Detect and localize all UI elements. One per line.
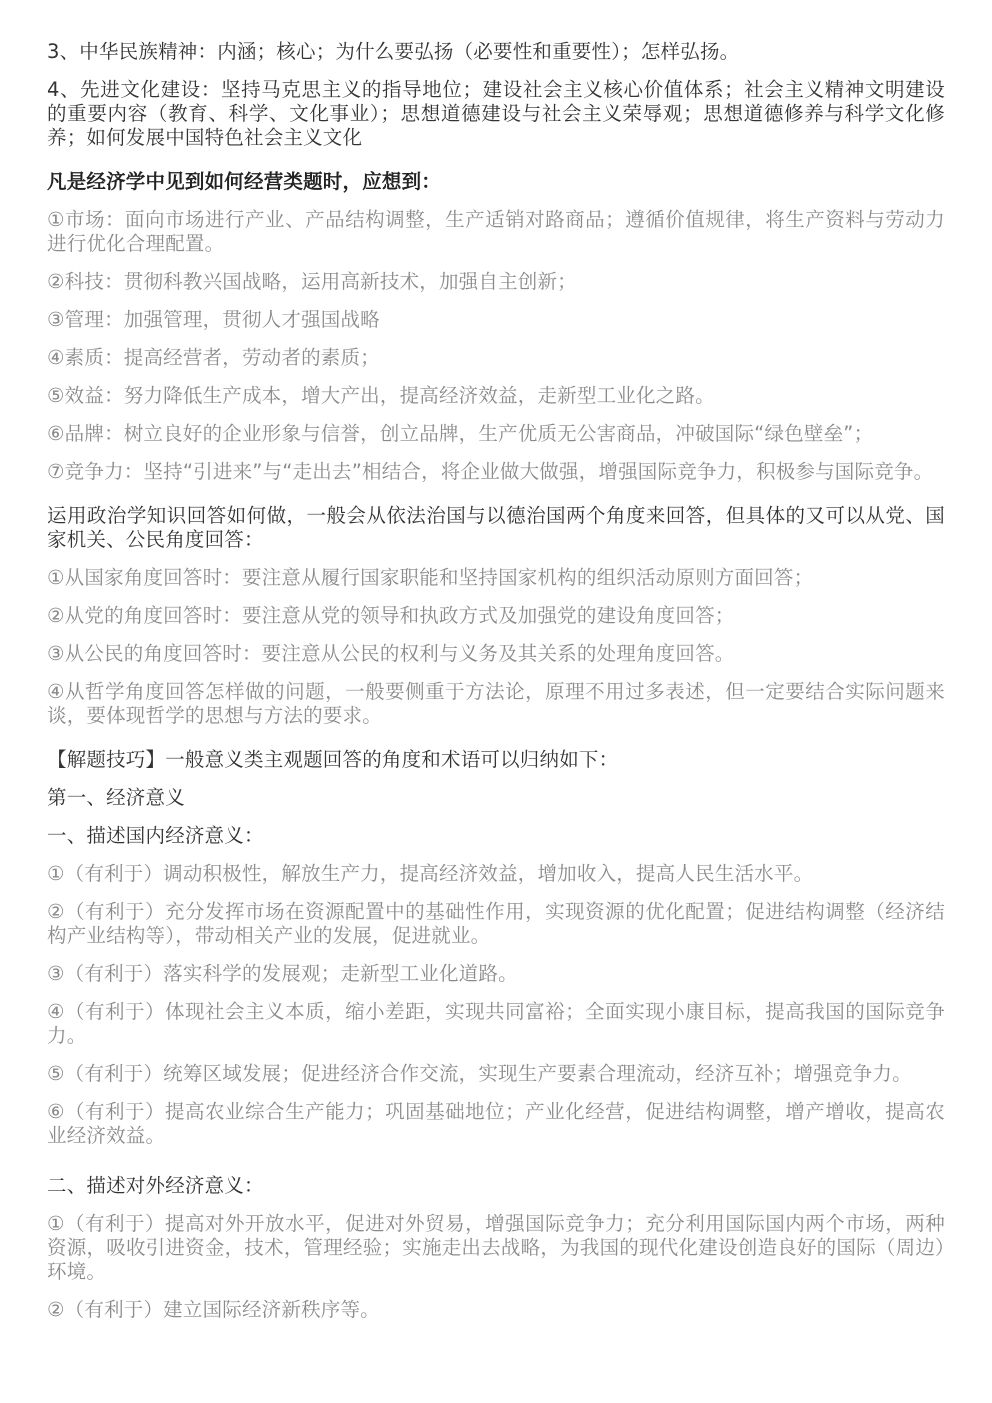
point-efficiency: ⑤效益：努力降低生产成本，增大产出，提高经济效益，走新型工业化之路。 — [47, 384, 945, 408]
point-brand: ⑥品牌：树立良好的企业形象与信誉，创立品牌，生产优质无公害商品，冲破国际“绿色壁… — [47, 422, 945, 446]
politics-point-citizen: ③从公民的角度回答时：要注意从公民的权利与义务及其关系的处理角度回答。 — [47, 642, 945, 666]
domestic-point-2: ②（有利于）充分发挥市场在资源配置中的基础性作用，实现资源的优化配置；促进结构调… — [47, 900, 945, 948]
foreign-point-2: ②（有利于）建立国际经济新秩序等。 — [47, 1298, 945, 1322]
point-competitiveness: ⑦竞争力：坚持“引进来”与“走出去”相结合，将企业做大做强，增强国际竞争力，积极… — [47, 460, 945, 484]
domestic-point-4: ④（有利于）体现社会主义本质，缩小差距，实现共同富裕；全面实现小康目标，提高我国… — [47, 1000, 945, 1048]
item-advanced-culture: 4、先进文化建设：坚持马克思主义的指导地位；建设社会主义核心价值体系；社会主义精… — [47, 78, 945, 150]
domestic-point-3: ③（有利于）落实科学的发展观；走新型工业化道路。 — [47, 962, 945, 986]
domestic-point-6: ⑥（有利于）提高农业综合生产能力；巩固基础地位；产业化经营，促进结构调整，增产增… — [47, 1100, 945, 1148]
section-heading-economics: 凡是经济学中见到如何经营类题时，应想到： — [47, 170, 945, 194]
point-management: ③管理：加强管理，贯彻人才强国战略 — [47, 308, 945, 332]
subsection-foreign: 二、描述对外经济意义： — [47, 1174, 945, 1198]
tips-heading: 【解题技巧】一般意义类主观题回答的角度和术语可以归纳如下： — [47, 748, 945, 772]
point-quality: ④素质：提高经营者，劳动者的素质； — [47, 346, 945, 370]
politics-point-philosophy: ④从哲学角度回答怎样做的问题，一般要侧重于方法论，原理不用过多表述，但一定要结合… — [47, 680, 945, 728]
politics-point-party: ②从党的角度回答时：要注意从党的领导和执政方式及加强党的建设角度回答； — [47, 604, 945, 628]
item-national-spirit: 3、中华民族精神：内涵；核心；为什么要弘扬（必要性和重要性）；怎样弘扬。 — [47, 40, 945, 64]
politics-intro: 运用政治学知识回答如何做，一般会从依法治国与以德治国两个角度来回答，但具体的又可… — [47, 504, 945, 552]
point-technology: ②科技：贯彻科教兴国战略，运用高新技术，加强自主创新； — [47, 270, 945, 294]
subsection-domestic: 一、描述国内经济意义： — [47, 824, 945, 848]
point-market: ①市场：面向市场进行产业、产品结构调整，生产适销对路商品；遵循价值规律，将生产资… — [47, 208, 945, 256]
section-economic-significance: 第一、经济意义 — [47, 786, 945, 810]
politics-point-state: ①从国家角度回答时：要注意从履行国家职能和坚持国家机构的组织活动原则方面回答； — [47, 566, 945, 590]
document-page: 3、中华民族精神：内涵；核心；为什么要弘扬（必要性和重要性）；怎样弘扬。 4、先… — [47, 40, 945, 1336]
foreign-point-1: ①（有利于）提高对外开放水平，促进对外贸易，增强国际竞争力；充分利用国际国内两个… — [47, 1212, 945, 1284]
domestic-point-5: ⑤（有利于）统筹区域发展；促进经济合作交流，实现生产要素合理流动，经济互补；增强… — [47, 1062, 945, 1086]
domestic-point-1: ①（有利于）调动积极性，解放生产力，提高经济效益，增加收入，提高人民生活水平。 — [47, 862, 945, 886]
